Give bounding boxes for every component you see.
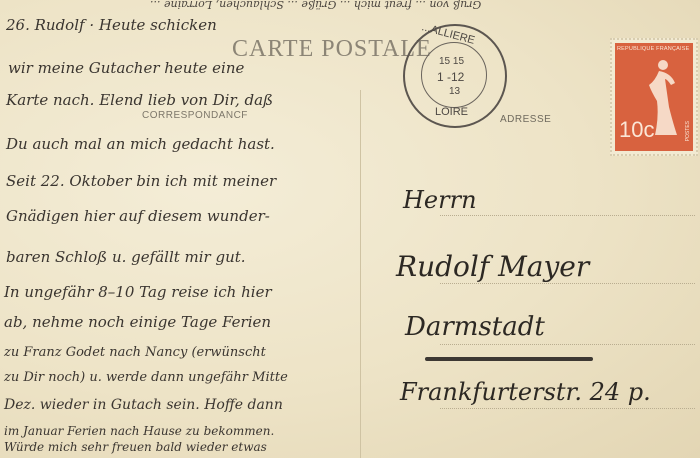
address-label: ADRESSE	[500, 114, 551, 125]
message-line: Karte nach. Elend lieb von Dir, daß	[6, 91, 273, 109]
city-underline	[425, 357, 593, 361]
address-line	[440, 215, 695, 216]
address-name: Rudolf Mayer	[396, 250, 589, 283]
postmark-time: 15 15	[439, 56, 464, 67]
postage-stamp: REPUBLIQUE FRANÇAISE 10c POSTES	[610, 38, 698, 156]
message-line: 26. Rudolf · Heute schicken	[6, 16, 217, 34]
message-line: zu Dir noch) u. werde dann ungefähr Mitt…	[4, 370, 288, 385]
postcard-back: CARTE POSTALE CORRESPONDANCF ADRESSE Gru…	[0, 0, 700, 458]
message-line: In ungefähr 8–10 Tag reise ich hier	[4, 283, 272, 301]
postmark-region: LOIRE	[435, 106, 468, 118]
postmark-date: 1 -12	[437, 70, 464, 84]
address-city: Darmstadt	[405, 312, 545, 342]
message-line: ab, nehme noch einige Tage Ferien	[4, 313, 271, 331]
address-street: Frankfurterstr. 24 p.	[400, 378, 651, 406]
message-line: Gnädigen hier auf diesem wunder-	[6, 207, 270, 225]
message-line: Du auch mal an mich gedacht hast.	[6, 135, 275, 153]
address-line	[440, 408, 695, 409]
postmark-year: 13	[449, 86, 460, 97]
address-line	[440, 283, 695, 284]
message-line: im Januar Ferien nach Hause zu bekommen.	[4, 424, 274, 438]
stamp-value: 10c	[619, 117, 654, 143]
message-line: wir meine Gutacher heute eine	[8, 59, 244, 77]
message-line: Würde mich sehr freuen bald wieder etwas	[4, 440, 267, 454]
message-line: Seit 22. Oktober bin ich mit meiner	[6, 172, 276, 190]
address-salutation: Herrn	[403, 186, 477, 214]
address-line	[440, 344, 695, 345]
correspondence-label: CORRESPONDANCF	[142, 110, 248, 121]
message-line: zu Franz Godet nach Nancy (erwünscht	[4, 345, 266, 360]
printed-title: CARTE POSTALE	[232, 36, 432, 63]
center-divider	[360, 90, 361, 458]
stamp-face: REPUBLIQUE FRANÇAISE 10c POSTES	[615, 43, 693, 151]
stamp-country: REPUBLIQUE FRANÇAISE	[617, 46, 689, 52]
message-line: baren Schloß u. gefällt mir gut.	[6, 248, 246, 266]
postmark: ...ALLIERE 15 15 1 -12 13 LOIRE	[403, 24, 507, 128]
message-line: Dez. wieder in Gutach sein. Hoffe dann	[4, 397, 283, 413]
stamp-side-text: POSTES	[685, 121, 691, 141]
upside-down-note: Gruß von ... freut mich ... Grüße ... Sc…	[150, 0, 481, 11]
